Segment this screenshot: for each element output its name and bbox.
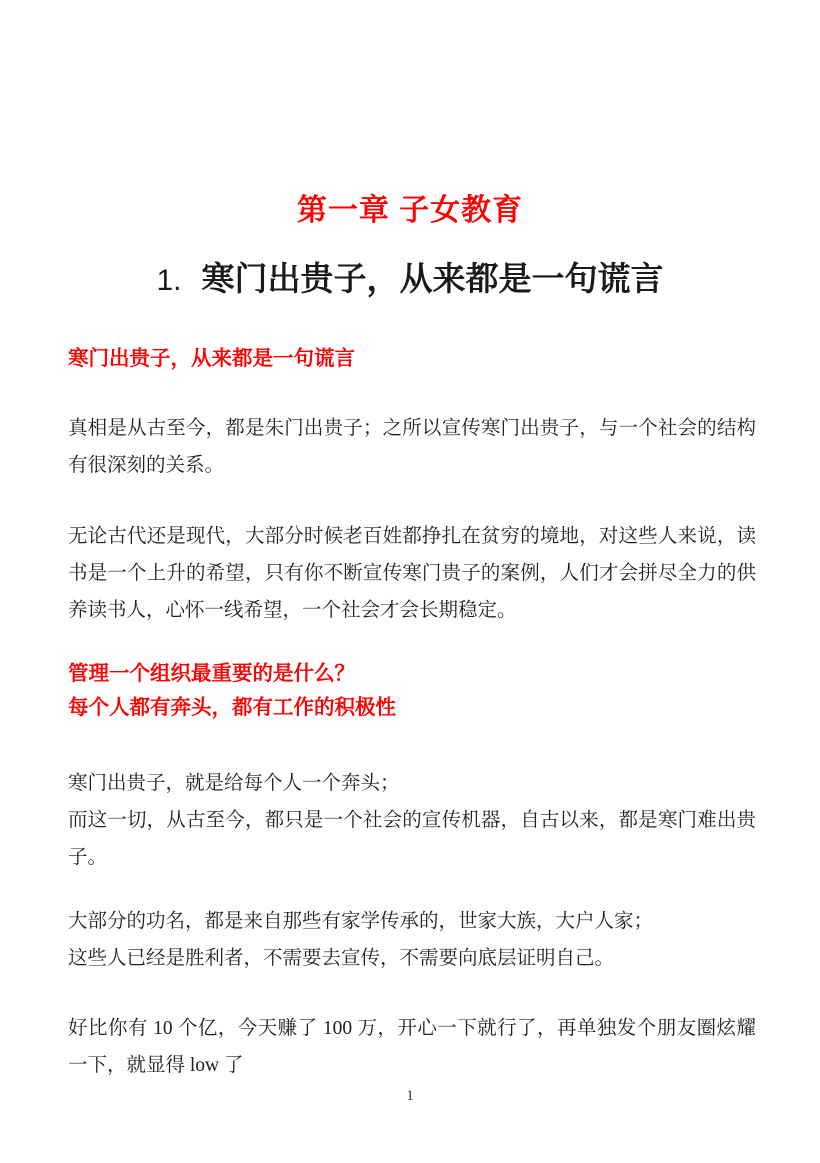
paragraph-3-continuation: 而这一切，从古至今，都只是一个社会的宣传机器，自古以来，都是寒门难出贵子。 (68, 802, 756, 876)
paragraph-2: 无论古代还是现代，大部分时候老百姓都挣扎在贫穷的境地，对这些人来说，读书是一个上… (68, 518, 756, 629)
paragraph-5: 好比你有 10 个亿，今天赚了 100 万，开心一下就行了，再单独发个朋友圈炫耀… (68, 1010, 756, 1084)
red-subheading-1: 寒门出贵子，从来都是一句谎言 (68, 342, 756, 376)
section-title: 寒门出贵子，从来都是一句谎言 (202, 260, 664, 297)
red-subheading-2: 管理一个组织最重要的是什么？ 每个人都有奔头，都有工作的积极性 (68, 657, 756, 725)
page-number: 1 (0, 1086, 820, 1106)
paragraph-4: 大部分的功名，都是来自那些有家学传承的，世家大族，大户人家； 这些人已经是胜利者… (68, 903, 756, 977)
document-page: 第一章 子女教育 1.寒门出贵子，从来都是一句谎言 寒门出贵子，从来都是一句谎言… (0, 0, 820, 1163)
section-number: 1. (156, 264, 181, 297)
section-heading: 1.寒门出贵子，从来都是一句谎言 (0, 256, 820, 304)
chapter-title: 第一章 子女教育 (0, 190, 820, 232)
red-subheading-2-line2: 每个人都有奔头，都有工作的积极性 (68, 691, 756, 725)
paragraph-4-line2: 这些人已经是胜利者，不需要去宣传，不需要向底层证明自己。 (68, 940, 756, 977)
paragraph-4-line1: 大部分的功名，都是来自那些有家学传承的，世家大族，大户人家； (68, 903, 756, 940)
paragraph-3-line1: 寒门出贵子，就是给每个人一个奔头； (68, 765, 756, 802)
paragraph-1: 真相是从古至今，都是朱门出贵子；之所以宣传寒门出贵子，与一个社会的结构有很深刻的… (68, 410, 756, 484)
paragraph-3: 寒门出贵子，就是给每个人一个奔头； 而这一切，从古至今，都只是一个社会的宣传机器… (68, 765, 756, 876)
red-subheading-2-line1: 管理一个组织最重要的是什么？ (68, 657, 756, 691)
